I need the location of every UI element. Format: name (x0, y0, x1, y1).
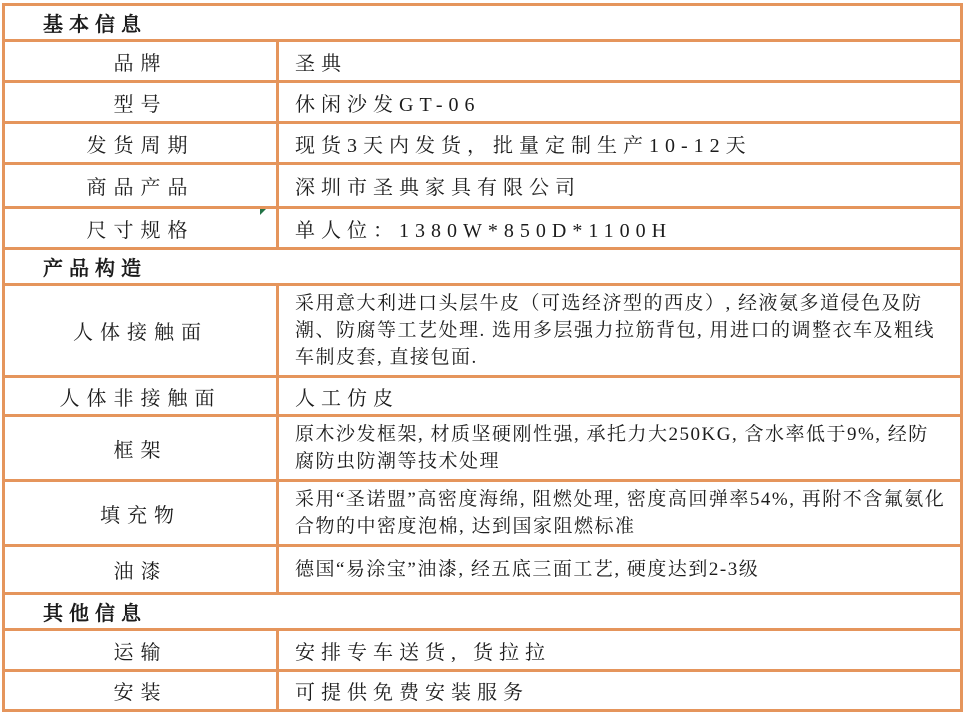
spec-label: 商品产品 (4, 164, 278, 208)
spec-label: 人体非接触面 (4, 377, 278, 416)
spec-value: 圣典 (278, 41, 962, 82)
spec-label: 填充物 (4, 481, 278, 546)
table-row: 安装可提供免费安装服务 (4, 671, 962, 711)
spec-value: 人工仿皮 (278, 377, 962, 416)
cell-note-marker-icon (260, 208, 268, 216)
table-row: 型号休闲沙发GT-06 (4, 82, 962, 123)
table-row: 框架原木沙发框架, 材质坚硬刚性强, 承托力大250KG, 含水率低于9%, 经… (4, 416, 962, 481)
spec-value: 原木沙发框架, 材质坚硬刚性强, 承托力大250KG, 含水率低于9%, 经防腐… (278, 416, 962, 481)
spec-label: 品牌 (4, 41, 278, 82)
spec-value: 单人位：1380W*850D*1100H (278, 208, 962, 249)
section-header-row: 基本信息 (4, 5, 962, 41)
table-row: 发货周期现货3天内发货，批量定制生产10-12天 (4, 123, 962, 164)
section-header-row: 产品构造 (4, 249, 962, 285)
spec-label: 油漆 (4, 546, 278, 594)
section-header-row: 其他信息 (4, 594, 962, 630)
spec-value: 可提供免费安装服务 (278, 671, 962, 711)
spec-value: 德国“易涂宝”油漆, 经五底三面工艺, 硬度达到2-3级 (278, 546, 962, 594)
spec-value: 采用意大利进口头层牛皮（可选经济型的西皮）, 经液氨多道侵色及防潮、防腐等工艺处… (278, 285, 962, 377)
spec-label: 框架 (4, 416, 278, 481)
spec-label: 安装 (4, 671, 278, 711)
spec-label: 人体接触面 (4, 285, 278, 377)
spec-value: 深圳市圣典家具有限公司 (278, 164, 962, 208)
spec-value: 采用“圣诺盟”高密度海绵, 阻燃处理, 密度高回弹率54%, 再附不含氟氨化合物… (278, 481, 962, 546)
table-row: 尺寸规格单人位：1380W*850D*1100H (4, 208, 962, 249)
table-row: 运输安排专车送货, 货拉拉 (4, 630, 962, 671)
table-row: 品牌圣典 (4, 41, 962, 82)
product-spec-sheet: 基本信息品牌圣典型号休闲沙发GT-06发货周期现货3天内发货，批量定制生产10-… (2, 3, 962, 712)
table-row: 商品产品深圳市圣典家具有限公司 (4, 164, 962, 208)
spec-value: 休闲沙发GT-06 (278, 82, 962, 123)
table-row: 油漆德国“易涂宝”油漆, 经五底三面工艺, 硬度达到2-3级 (4, 546, 962, 594)
table-row: 人体接触面采用意大利进口头层牛皮（可选经济型的西皮）, 经液氨多道侵色及防潮、防… (4, 285, 962, 377)
spec-value: 现货3天内发货，批量定制生产10-12天 (278, 123, 962, 164)
spec-label: 型号 (4, 82, 278, 123)
spec-label: 尺寸规格 (4, 208, 278, 249)
spec-label: 运输 (4, 630, 278, 671)
spec-label: 发货周期 (4, 123, 278, 164)
spec-table: 基本信息品牌圣典型号休闲沙发GT-06发货周期现货3天内发货，批量定制生产10-… (2, 3, 963, 712)
section-title: 基本信息 (4, 5, 962, 41)
section-title: 产品构造 (4, 249, 962, 285)
table-row: 人体非接触面人工仿皮 (4, 377, 962, 416)
table-row: 填充物采用“圣诺盟”高密度海绵, 阻燃处理, 密度高回弹率54%, 再附不含氟氨… (4, 481, 962, 546)
section-title: 其他信息 (4, 594, 962, 630)
spec-value: 安排专车送货, 货拉拉 (278, 630, 962, 671)
